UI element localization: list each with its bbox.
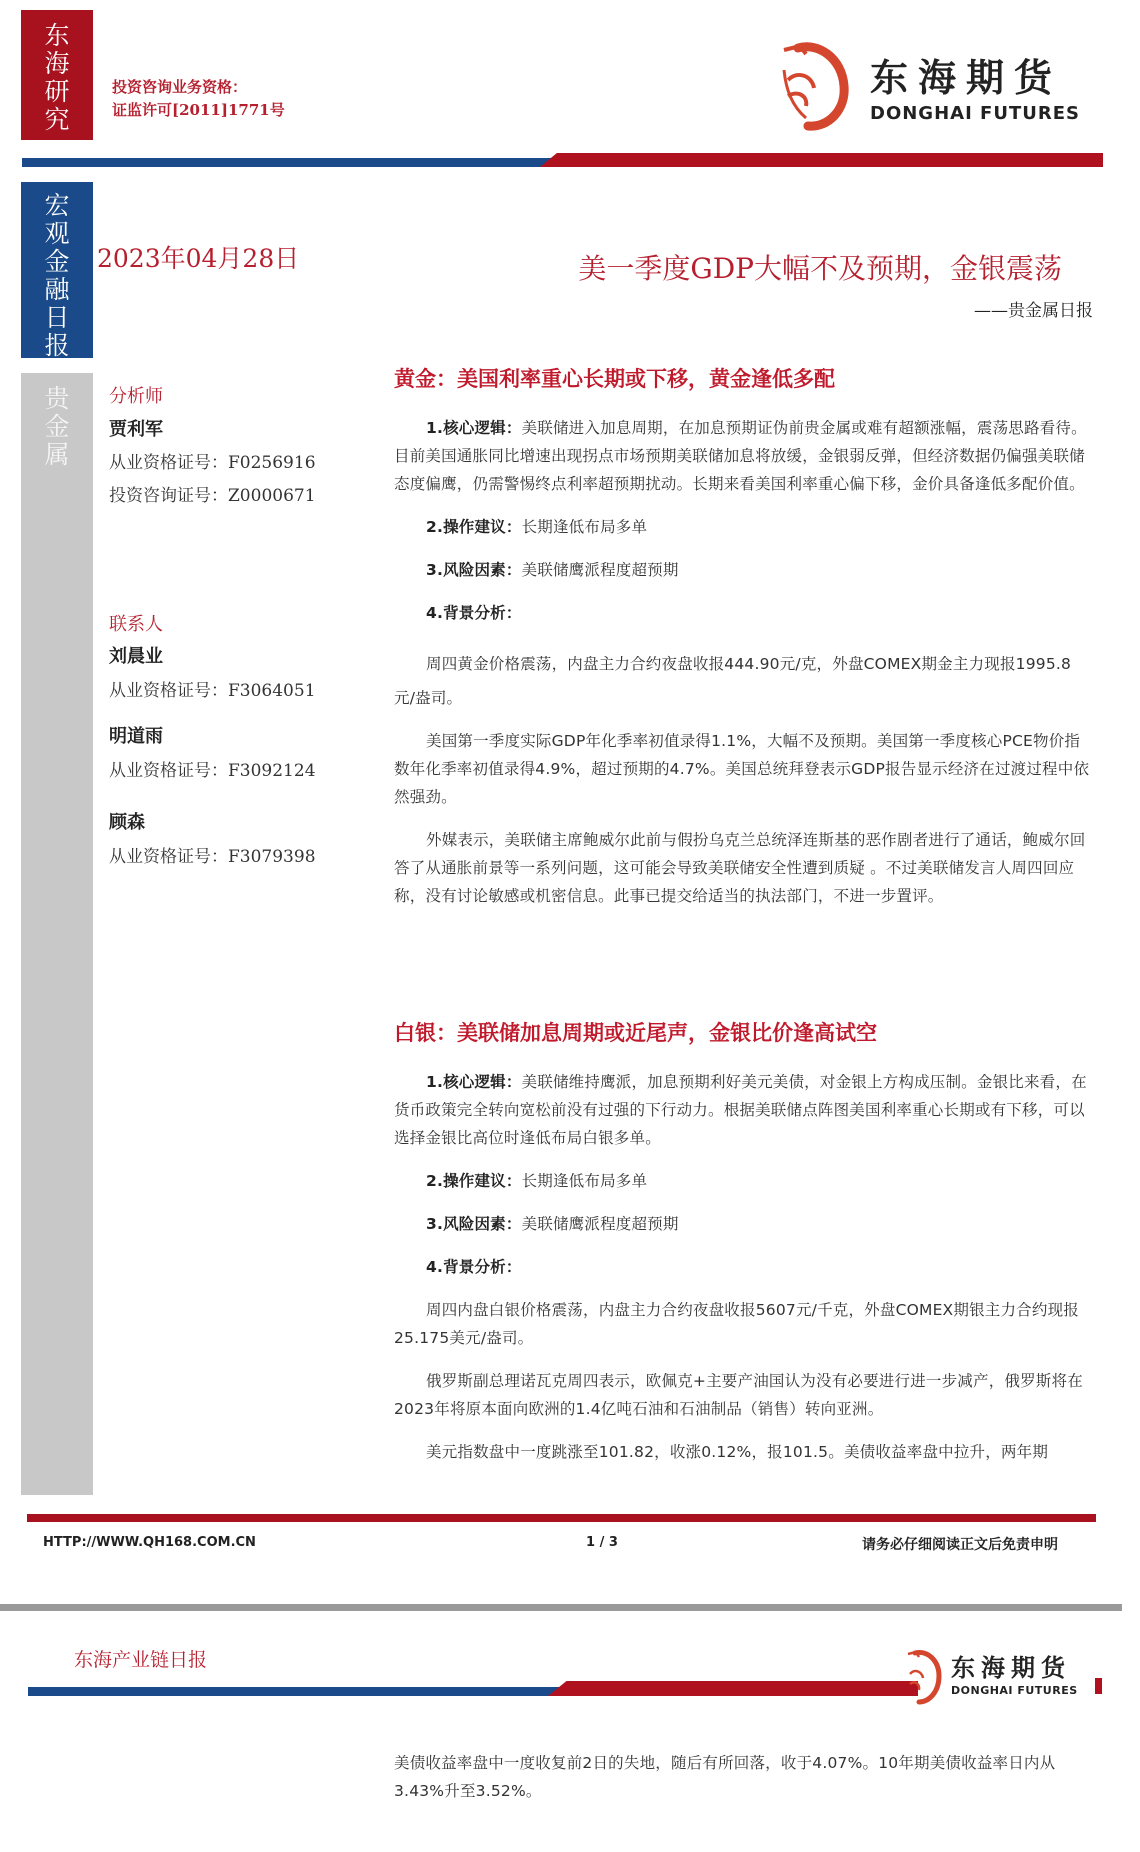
gold-operation: 2.操作建议：长期逢低布局多单 <box>394 513 1092 541</box>
page2-bar-red <box>548 1681 918 1696</box>
gold-paragraph: 周四黄金价格震荡，内盘主力合约夜盘收报444.90元/克，外盘COMEX期金主力… <box>394 647 1092 715</box>
logo-cn: 东海期货 <box>870 56 1062 100</box>
silver-risk-text: 美联储鹰派程度超预期 <box>522 1215 679 1233</box>
contact-item: 顾森 从业资格证号：F3079398 <box>109 810 349 870</box>
dragon-logo-icon <box>778 40 860 132</box>
contact-name: 顾森 <box>109 810 349 836</box>
gold-core-logic: 1.核心逻辑：美联储进入加息周期，在加息预期证伪前贵金属或难有超额涨幅，震荡思路… <box>394 414 1092 498</box>
header-bar-red <box>540 153 1103 167</box>
page2-logo-en: DONGHAI FUTURES <box>951 1684 1078 1698</box>
footer-url[interactable]: HTTP://WWW.QH168.COM.CN <box>43 1535 256 1550</box>
research-tag-text: 东海研究 <box>43 22 71 134</box>
gold-section: 黄金：美国利率重心长期或下移，黄金逢低多配 1.核心逻辑：美联储进入加息周期，在… <box>394 364 1092 910</box>
contact-cert: 从业资格证号：F3064051 <box>109 678 349 704</box>
page2-header-title: 东海产业链日报 <box>74 1647 207 1673</box>
page2-bar-blue <box>28 1687 568 1696</box>
logo-en: DONGHAI FUTURES <box>870 104 1080 124</box>
silver-op-text: 长期逢低布局多单 <box>522 1172 648 1190</box>
page2-continued-text: 美债收益率盘中一度收复前2日的失地，随后有所回落，收于4.07%。10年期美债收… <box>394 1749 1092 1805</box>
silver-core-logic: 1.核心逻辑：美联储维持鹰派，加息预期利好美元美债，对金银上方构成压制。金银比来… <box>394 1068 1092 1152</box>
analyst-cert-1: 从业资格证号：F0256916 <box>109 450 349 476</box>
silver-core-label: 1.核心逻辑： <box>426 1073 522 1091</box>
analyst-name: 贾利军 <box>109 417 349 443</box>
contact-item: 刘晨业 从业资格证号：F3064051 <box>109 644 349 704</box>
page2-logo-accent <box>1095 1678 1102 1694</box>
category-tag: 宏观金融日报 <box>21 182 93 358</box>
page2-logo-cn: 东海期货 <box>951 1654 1071 1682</box>
contact-cert: 从业资格证号：F3092124 <box>109 758 349 784</box>
silver-operation: 2.操作建议：长期逢低布局多单 <box>394 1167 1092 1195</box>
header-bar-blue <box>22 158 552 167</box>
footer-disclaimer[interactable]: 请务必仔细阅读正文后免责申明 <box>862 1534 1058 1554</box>
footer-bar-red <box>27 1514 1096 1522</box>
silver-paragraph: 美元指数盘中一度跳涨至101.82，收涨0.12%，报101.5。美债收益率盘中… <box>394 1438 1092 1466</box>
contacts-heading: 联系人 <box>109 612 349 638</box>
contact-cert: 从业资格证号：F3079398 <box>109 844 349 870</box>
page-separator <box>0 1604 1122 1611</box>
dragon-logo-icon <box>905 1648 945 1706</box>
page2-logo: 东海期货 DONGHAI FUTURES <box>905 1648 1105 1708</box>
gold-risk-text: 美联储鹰派程度超预期 <box>522 561 679 579</box>
donghai-logo: 东海期货 DONGHAI FUTURES <box>778 40 1098 130</box>
silver-paragraph: 周四内盘白银价格震荡，内盘主力合约夜盘收报5607元/千克，外盘COMEX期银主… <box>394 1296 1092 1352</box>
footer-page-number: 1 / 3 <box>586 1535 618 1550</box>
silver-op-label: 2.操作建议： <box>426 1172 522 1190</box>
qualification-line1: 投资咨询业务资格： <box>112 76 285 99</box>
silver-risk: 3.风险因素：美联储鹰派程度超预期 <box>394 1210 1092 1238</box>
gold-paragraph: 美国第一季度实际GDP年化季率初值录得1.1%，大幅不及预期。美国第一季度核心P… <box>394 727 1092 811</box>
gold-risk: 3.风险因素：美联储鹰派程度超预期 <box>394 556 1092 584</box>
sub-tag: 贵金属 <box>21 373 93 1495</box>
silver-bg-label: 4.背景分析： <box>426 1258 522 1276</box>
silver-title: 白银：美联储加息周期或近尾声，金银比价逢高试空 <box>394 1018 1092 1048</box>
report-date: 2023年04月28日 <box>97 244 299 274</box>
qualification-line2: 证监许可[2011]1771号 <box>112 99 285 122</box>
gold-title: 黄金：美国利率重心长期或下移，黄金逢低多配 <box>394 364 1092 394</box>
report-subtitle: ——贵金属日报 <box>974 300 1093 322</box>
silver-paragraph: 俄罗斯副总理诺瓦克周四表示，欧佩克+主要产油国认为没有必要进行进一步减产，俄罗斯… <box>394 1367 1092 1423</box>
analyst-cert-2: 投资咨询证号：Z0000671 <box>109 483 349 509</box>
gold-risk-label: 3.风险因素： <box>426 561 522 579</box>
analyst-heading: 分析师 <box>109 384 349 410</box>
gold-op-text: 长期逢低布局多单 <box>522 518 648 536</box>
report-title: 美一季度GDP大幅不及预期，金银震荡 <box>578 252 1062 286</box>
gold-bg-label: 4.背景分析： <box>426 604 522 622</box>
gold-core-label: 1.核心逻辑： <box>426 419 522 437</box>
research-tag: 东海研究 <box>21 10 93 140</box>
contacts-panel: 联系人 刘晨业 从业资格证号：F3064051 明道雨 从业资格证号：F3092… <box>109 612 349 870</box>
gold-paragraph: 外媒表示，美联储主席鲍威尔此前与假扮乌克兰总统泽连斯基的恶作剧者进行了通话，鲍威… <box>394 826 1092 910</box>
gold-op-label: 2.操作建议： <box>426 518 522 536</box>
qualification: 投资咨询业务资格： 证监许可[2011]1771号 <box>112 76 285 122</box>
contact-item: 明道雨 从业资格证号：F3092124 <box>109 724 349 784</box>
analyst-panel: 分析师 贾利军 从业资格证号：F0256916 投资咨询证号：Z0000671 <box>109 384 349 509</box>
sub-tag-text: 贵金属 <box>43 385 71 469</box>
category-tag-text: 宏观金融日报 <box>43 192 71 360</box>
silver-risk-label: 3.风险因素： <box>426 1215 522 1233</box>
silver-background: 4.背景分析： <box>394 1253 1092 1281</box>
contact-name: 刘晨业 <box>109 644 349 670</box>
gold-background: 4.背景分析： <box>394 599 1092 627</box>
silver-section: 白银：美联储加息周期或近尾声，金银比价逢高试空 1.核心逻辑：美联储维持鹰派，加… <box>394 1018 1092 1466</box>
contact-name: 明道雨 <box>109 724 349 750</box>
